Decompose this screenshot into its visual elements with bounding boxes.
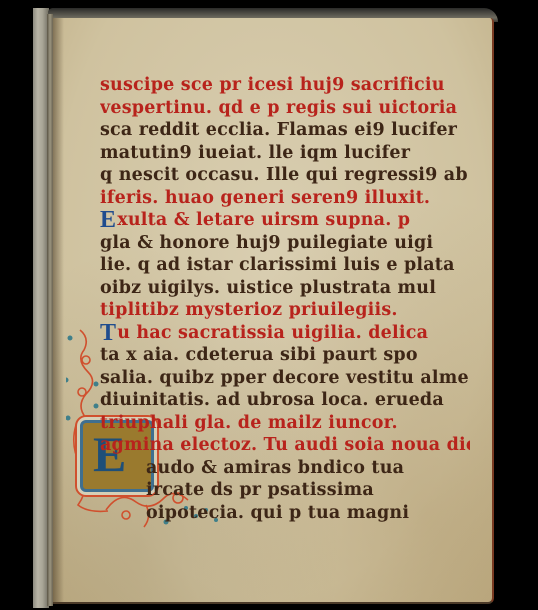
text-line-7-text: xulta & letare uirsm supna. p [117, 210, 410, 230]
text-line-12-text: u hac sacratissia uigilia. delica [117, 323, 428, 343]
text-line-3: sca reddit ecclia. Flamas ei9 lucifer [100, 119, 470, 142]
text-line-14: salia. quibz pper decore vestitu alme [100, 367, 470, 390]
text-line-19: ircate ds pr psatissima [100, 479, 470, 502]
text-line-5: q nescit occasu. Ille qui regressi9 ab [100, 164, 470, 187]
text-line-2: vespertinu. qd e p regis sui uictoria [100, 97, 470, 120]
blue-initial-t: T [100, 322, 116, 345]
manuscript-text-block: suscipe sce pr icesi huj9 sacrificiu ves… [100, 74, 470, 524]
text-line-11: tiplitibz mysterioz priuilegiis. [100, 299, 470, 322]
text-line-17: agmina electoz. Tu audi soia noua dic. [100, 434, 470, 457]
text-line-7: Exulta & letare uirsm supna. p [100, 209, 470, 232]
text-line-16: triuphali gla. de mailz iuncor. [100, 412, 470, 435]
text-line-18: audo & amiras bndico tua [100, 457, 470, 480]
gutter-shadow [52, 18, 64, 602]
binding-gutter [47, 14, 53, 606]
text-line-4: matutin9 iueiat. lle iqm lucifer [100, 142, 470, 165]
text-line-9: lie. q ad istar clarissimi luis e plata [100, 254, 470, 277]
text-line-13: ta x aia. cdeterua sibi paurt spo [100, 344, 470, 367]
text-line-15: diuinitatis. ad ubrosa loca. erueda [100, 389, 470, 412]
blue-initial-e: E [100, 209, 116, 232]
text-line-8: gla & honore huj9 puilegiate uigi [100, 232, 470, 255]
text-line-1: suscipe sce pr icesi huj9 sacrificiu [100, 74, 470, 97]
text-line-6: iferis. huao generi seren9 illuxit. [100, 187, 470, 210]
text-line-10: oibz uigilys. uistice plustrata mul [100, 277, 470, 300]
text-line-4-text: matutin9 iueiat. lle iqm lucifer [100, 143, 410, 163]
text-line-20: oipotecia. qui p tua magni [100, 502, 470, 525]
text-line-12: Tu hac sacratissia uigilia. delica [100, 322, 470, 345]
